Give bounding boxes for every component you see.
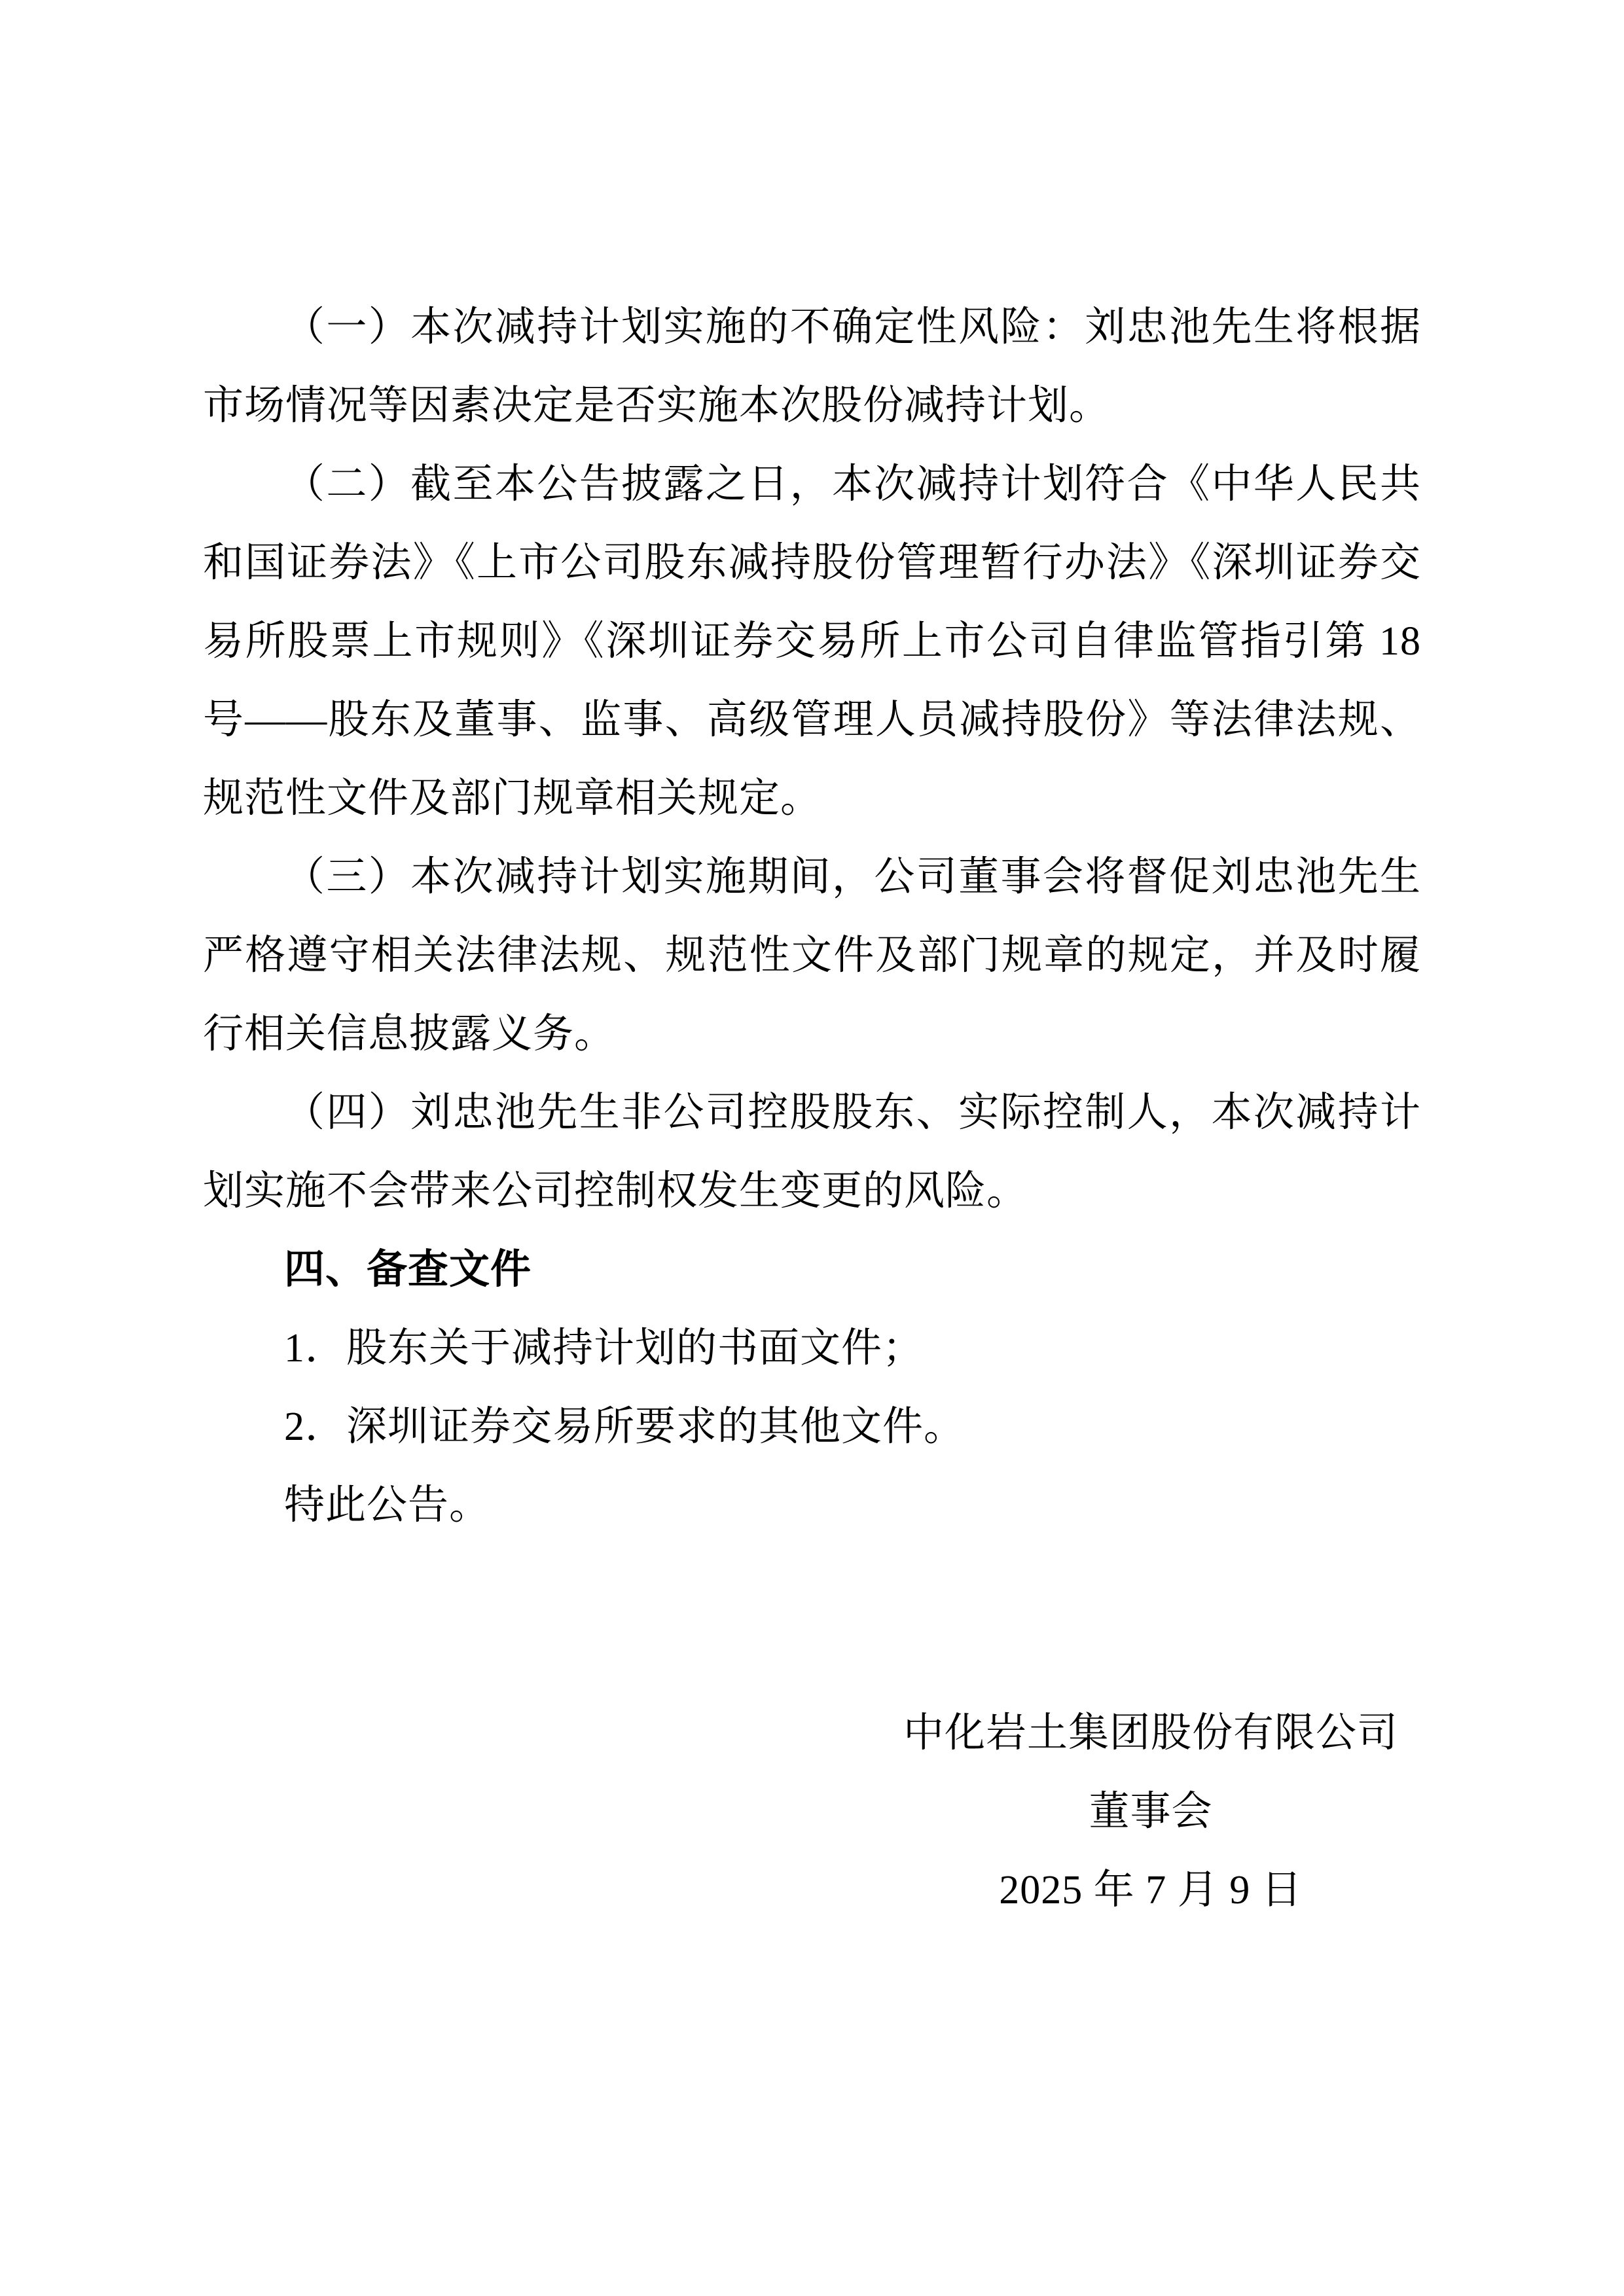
- paragraph-compliance: （二）截至本公告披露之日，本次减持计划符合《中华人民共和国证券法》《上市公司股东…: [203, 445, 1421, 838]
- section-heading-reference-documents: 四、备查文件: [203, 1230, 1421, 1309]
- announcement-page: （一）本次减持计划实施的不确定性风险：刘忠池先生将根据市场情况等因素决定是否实施…: [0, 0, 1624, 2296]
- signature-company-name: 中化岩土集团股份有限公司: [903, 1694, 1398, 1772]
- signature-date: 2025 年 7 月 9 日: [903, 1851, 1398, 1929]
- signature-board: 董事会: [903, 1772, 1398, 1851]
- list-item-other-documents: 2．深圳证券交易所要求的其他文件。: [203, 1388, 1421, 1466]
- list-item-shareholder-written-document: 1．股东关于减持计划的书面文件；: [203, 1309, 1421, 1388]
- document-body: （一）本次减持计划实施的不确定性风险：刘忠池先生将根据市场情况等因素决定是否实施…: [203, 288, 1421, 1929]
- paragraph-risk-uncertainty: （一）本次减持计划实施的不确定性风险：刘忠池先生将根据市场情况等因素决定是否实施…: [203, 288, 1421, 445]
- closing-statement: 特此公告。: [203, 1466, 1421, 1545]
- paragraph-board-supervision: （三）本次减持计划实施期间，公司董事会将督促刘忠池先生严格遵守相关法律法规、规范…: [203, 838, 1421, 1073]
- paragraph-control-risk: （四）刘忠池先生非公司控股股东、实际控制人，本次减持计划实施不会带来公司控制权发…: [203, 1073, 1421, 1230]
- signature-block: 中化岩土集团股份有限公司 董事会 2025 年 7 月 9 日: [903, 1694, 1398, 1929]
